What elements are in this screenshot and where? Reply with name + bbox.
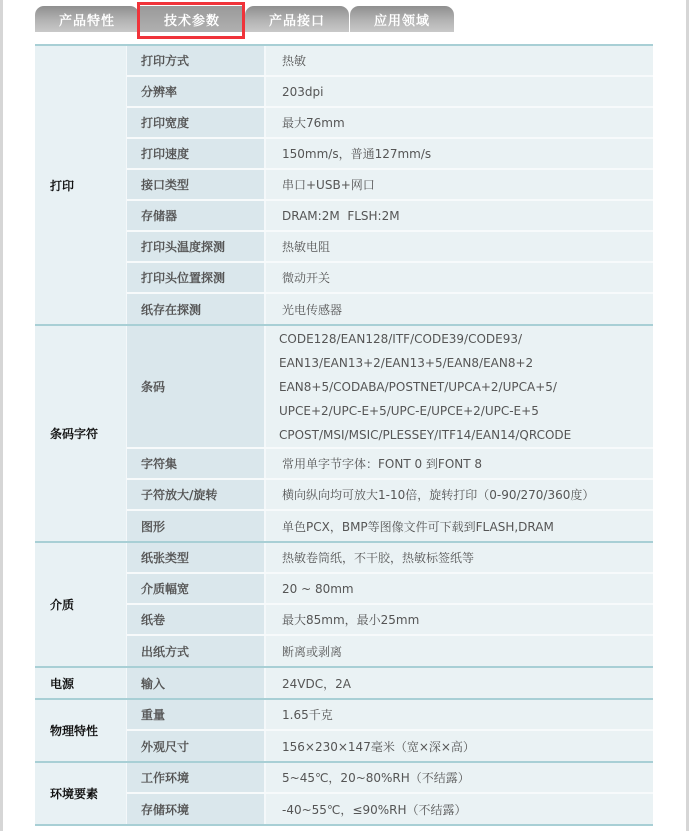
row-key: 打印宽度	[127, 108, 266, 137]
barcode-line: UPCE+2/UPC-E+5/UPC-E/UPCE+2/UPC-E+5	[279, 399, 539, 423]
row-value: 热敏电阻	[266, 232, 653, 261]
table-row: 重量1.65千克	[127, 700, 653, 731]
row-value: 203dpi	[266, 77, 653, 106]
group-label-barcode-chars: 条码字符	[35, 326, 127, 541]
group-power: 电源 输入24VDC，2A	[35, 668, 653, 700]
tab-bar: 产品特性 技术参数 产品接口 应用领域	[35, 6, 455, 32]
group-label-physical: 物理特性	[35, 700, 127, 761]
row-key: 介质幅宽	[127, 574, 266, 603]
row-value: -40~55℃，≤90%RH（不结露）	[266, 794, 653, 824]
group-print: 打印 打印方式热敏 分辨率203dpi 打印宽度最大76mm 打印速度150mm…	[35, 46, 653, 326]
barcode-line: EAN8+5/CODABA/POSTNET/UPCA+2/UPCA+5/	[279, 375, 557, 399]
row-value: 横向纵向均可放大1-10倍，旋转打印（0-90/270/360度）	[266, 480, 653, 509]
tab-applications[interactable]: 应用领域	[350, 6, 454, 32]
table-row: 介质幅宽20 ~ 80mm	[127, 574, 653, 605]
row-key: 打印方式	[127, 46, 266, 75]
spec-table: 打印 打印方式热敏 分辨率203dpi 打印宽度最大76mm 打印速度150mm…	[35, 44, 653, 826]
group-label-print: 打印	[35, 46, 127, 324]
row-key: 出纸方式	[127, 636, 266, 666]
barcode-types-value: CODE128/EAN128/ITF/CODE39/CODE93/ EAN13/…	[266, 326, 653, 447]
table-row: 出纸方式断离或剥离	[127, 636, 653, 666]
barcode-line: CODE128/EAN128/ITF/CODE39/CODE93/	[279, 327, 522, 351]
row-key: 打印头位置探测	[127, 263, 266, 292]
table-row: 打印头温度探测热敏电阻	[127, 232, 653, 263]
group-environment: 环境要素 工作环境5~45℃，20~80%RH（不结露） 存储环境-40~55℃…	[35, 763, 653, 826]
row-key: 存储环境	[127, 794, 266, 824]
barcode-line: EAN13/EAN13+2/EAN13+5/EAN8/EAN8+2	[279, 351, 533, 375]
row-key: 子符放大/旋转	[127, 480, 266, 509]
group-barcode-chars: 条码字符 条码 CODE128/EAN128/ITF/CODE39/CODE93…	[35, 326, 653, 543]
row-value: 常用单字节字体：FONT 0 到FONT 8	[266, 449, 653, 478]
table-row: 打印头位置探测微动开关	[127, 263, 653, 294]
table-row: 打印方式热敏	[127, 46, 653, 77]
row-key: 外观尺寸	[127, 731, 266, 761]
row-value: 150mm/s，普通127mm/s	[266, 139, 653, 168]
row-value: 20 ~ 80mm	[266, 574, 653, 603]
table-row: 存储环境-40~55℃，≤90%RH（不结露）	[127, 794, 653, 824]
row-value: 单色PCX，BMP等图像文件可下载到FLASH,DRAM	[266, 511, 653, 541]
table-row: 外观尺寸156×230×147毫米（宽×深×高）	[127, 731, 653, 761]
group-media: 介质 纸张类型热敏卷筒纸，不干胶，热敏标签纸等 介质幅宽20 ~ 80mm 纸卷…	[35, 543, 653, 668]
row-value: 最大76mm	[266, 108, 653, 137]
tab-product-features[interactable]: 产品特性	[35, 6, 139, 32]
row-key: 打印头温度探测	[127, 232, 266, 261]
table-row: 纸卷最大85mm，最小25mm	[127, 605, 653, 636]
row-value: 串口+USB+网口	[266, 170, 653, 199]
row-key: 接口类型	[127, 170, 266, 199]
row-value: 5~45℃，20~80%RH（不结露）	[266, 763, 653, 792]
row-value: 156×230×147毫米（宽×深×高）	[266, 731, 653, 761]
barcode-line: CPOST/MSI/MSIC/PLESSEY/ITF14/EAN14/QRCOD…	[279, 423, 571, 447]
left-border	[0, 0, 3, 831]
row-value: 光电传感器	[266, 294, 653, 324]
row-key: 纸卷	[127, 605, 266, 634]
table-row: 纸存在探测光电传感器	[127, 294, 653, 324]
group-label-media: 介质	[35, 543, 127, 666]
row-key: 字符集	[127, 449, 266, 478]
row-value: 最大85mm，最小25mm	[266, 605, 653, 634]
table-row: 打印速度150mm/s，普通127mm/s	[127, 139, 653, 170]
group-physical: 物理特性 重量1.65千克 外观尺寸156×230×147毫米（宽×深×高）	[35, 700, 653, 763]
row-key: 纸存在探测	[127, 294, 266, 324]
row-key: 打印速度	[127, 139, 266, 168]
table-row: 输入24VDC，2A	[127, 668, 653, 698]
row-key: 重量	[127, 700, 266, 729]
row-value: DRAM:2M FLSH:2M	[266, 201, 653, 230]
table-row: 图形单色PCX，BMP等图像文件可下载到FLASH,DRAM	[127, 511, 653, 541]
group-label-power: 电源	[35, 668, 127, 698]
row-value: 断离或剥离	[266, 636, 653, 666]
table-row: 分辨率203dpi	[127, 77, 653, 108]
row-key: 图形	[127, 511, 266, 541]
row-key: 纸张类型	[127, 543, 266, 572]
table-row: 存储器DRAM:2M FLSH:2M	[127, 201, 653, 232]
row-key: 分辨率	[127, 77, 266, 106]
row-key: 工作环境	[127, 763, 266, 792]
group-label-environment: 环境要素	[35, 763, 127, 824]
row-value: 热敏	[266, 46, 653, 75]
tab-product-interfaces[interactable]: 产品接口	[245, 6, 349, 32]
table-row: 工作环境5~45℃，20~80%RH（不结露）	[127, 763, 653, 794]
table-row: 子符放大/旋转横向纵向均可放大1-10倍，旋转打印（0-90/270/360度）	[127, 480, 653, 511]
table-row: 打印宽度最大76mm	[127, 108, 653, 139]
row-key: 存储器	[127, 201, 266, 230]
table-row: 纸张类型热敏卷筒纸，不干胶，热敏标签纸等	[127, 543, 653, 574]
table-row: 条码 CODE128/EAN128/ITF/CODE39/CODE93/ EAN…	[127, 326, 653, 449]
row-value: 1.65千克	[266, 700, 653, 729]
row-value: 24VDC，2A	[266, 668, 653, 698]
tab-tech-specs[interactable]: 技术参数	[140, 6, 244, 32]
table-row: 接口类型串口+USB+网口	[127, 170, 653, 201]
row-value: 微动开关	[266, 263, 653, 292]
row-key: 输入	[127, 668, 266, 698]
table-row: 字符集常用单字节字体：FONT 0 到FONT 8	[127, 449, 653, 480]
row-value: 热敏卷筒纸，不干胶，热敏标签纸等	[266, 543, 653, 572]
row-key: 条码	[127, 326, 266, 447]
